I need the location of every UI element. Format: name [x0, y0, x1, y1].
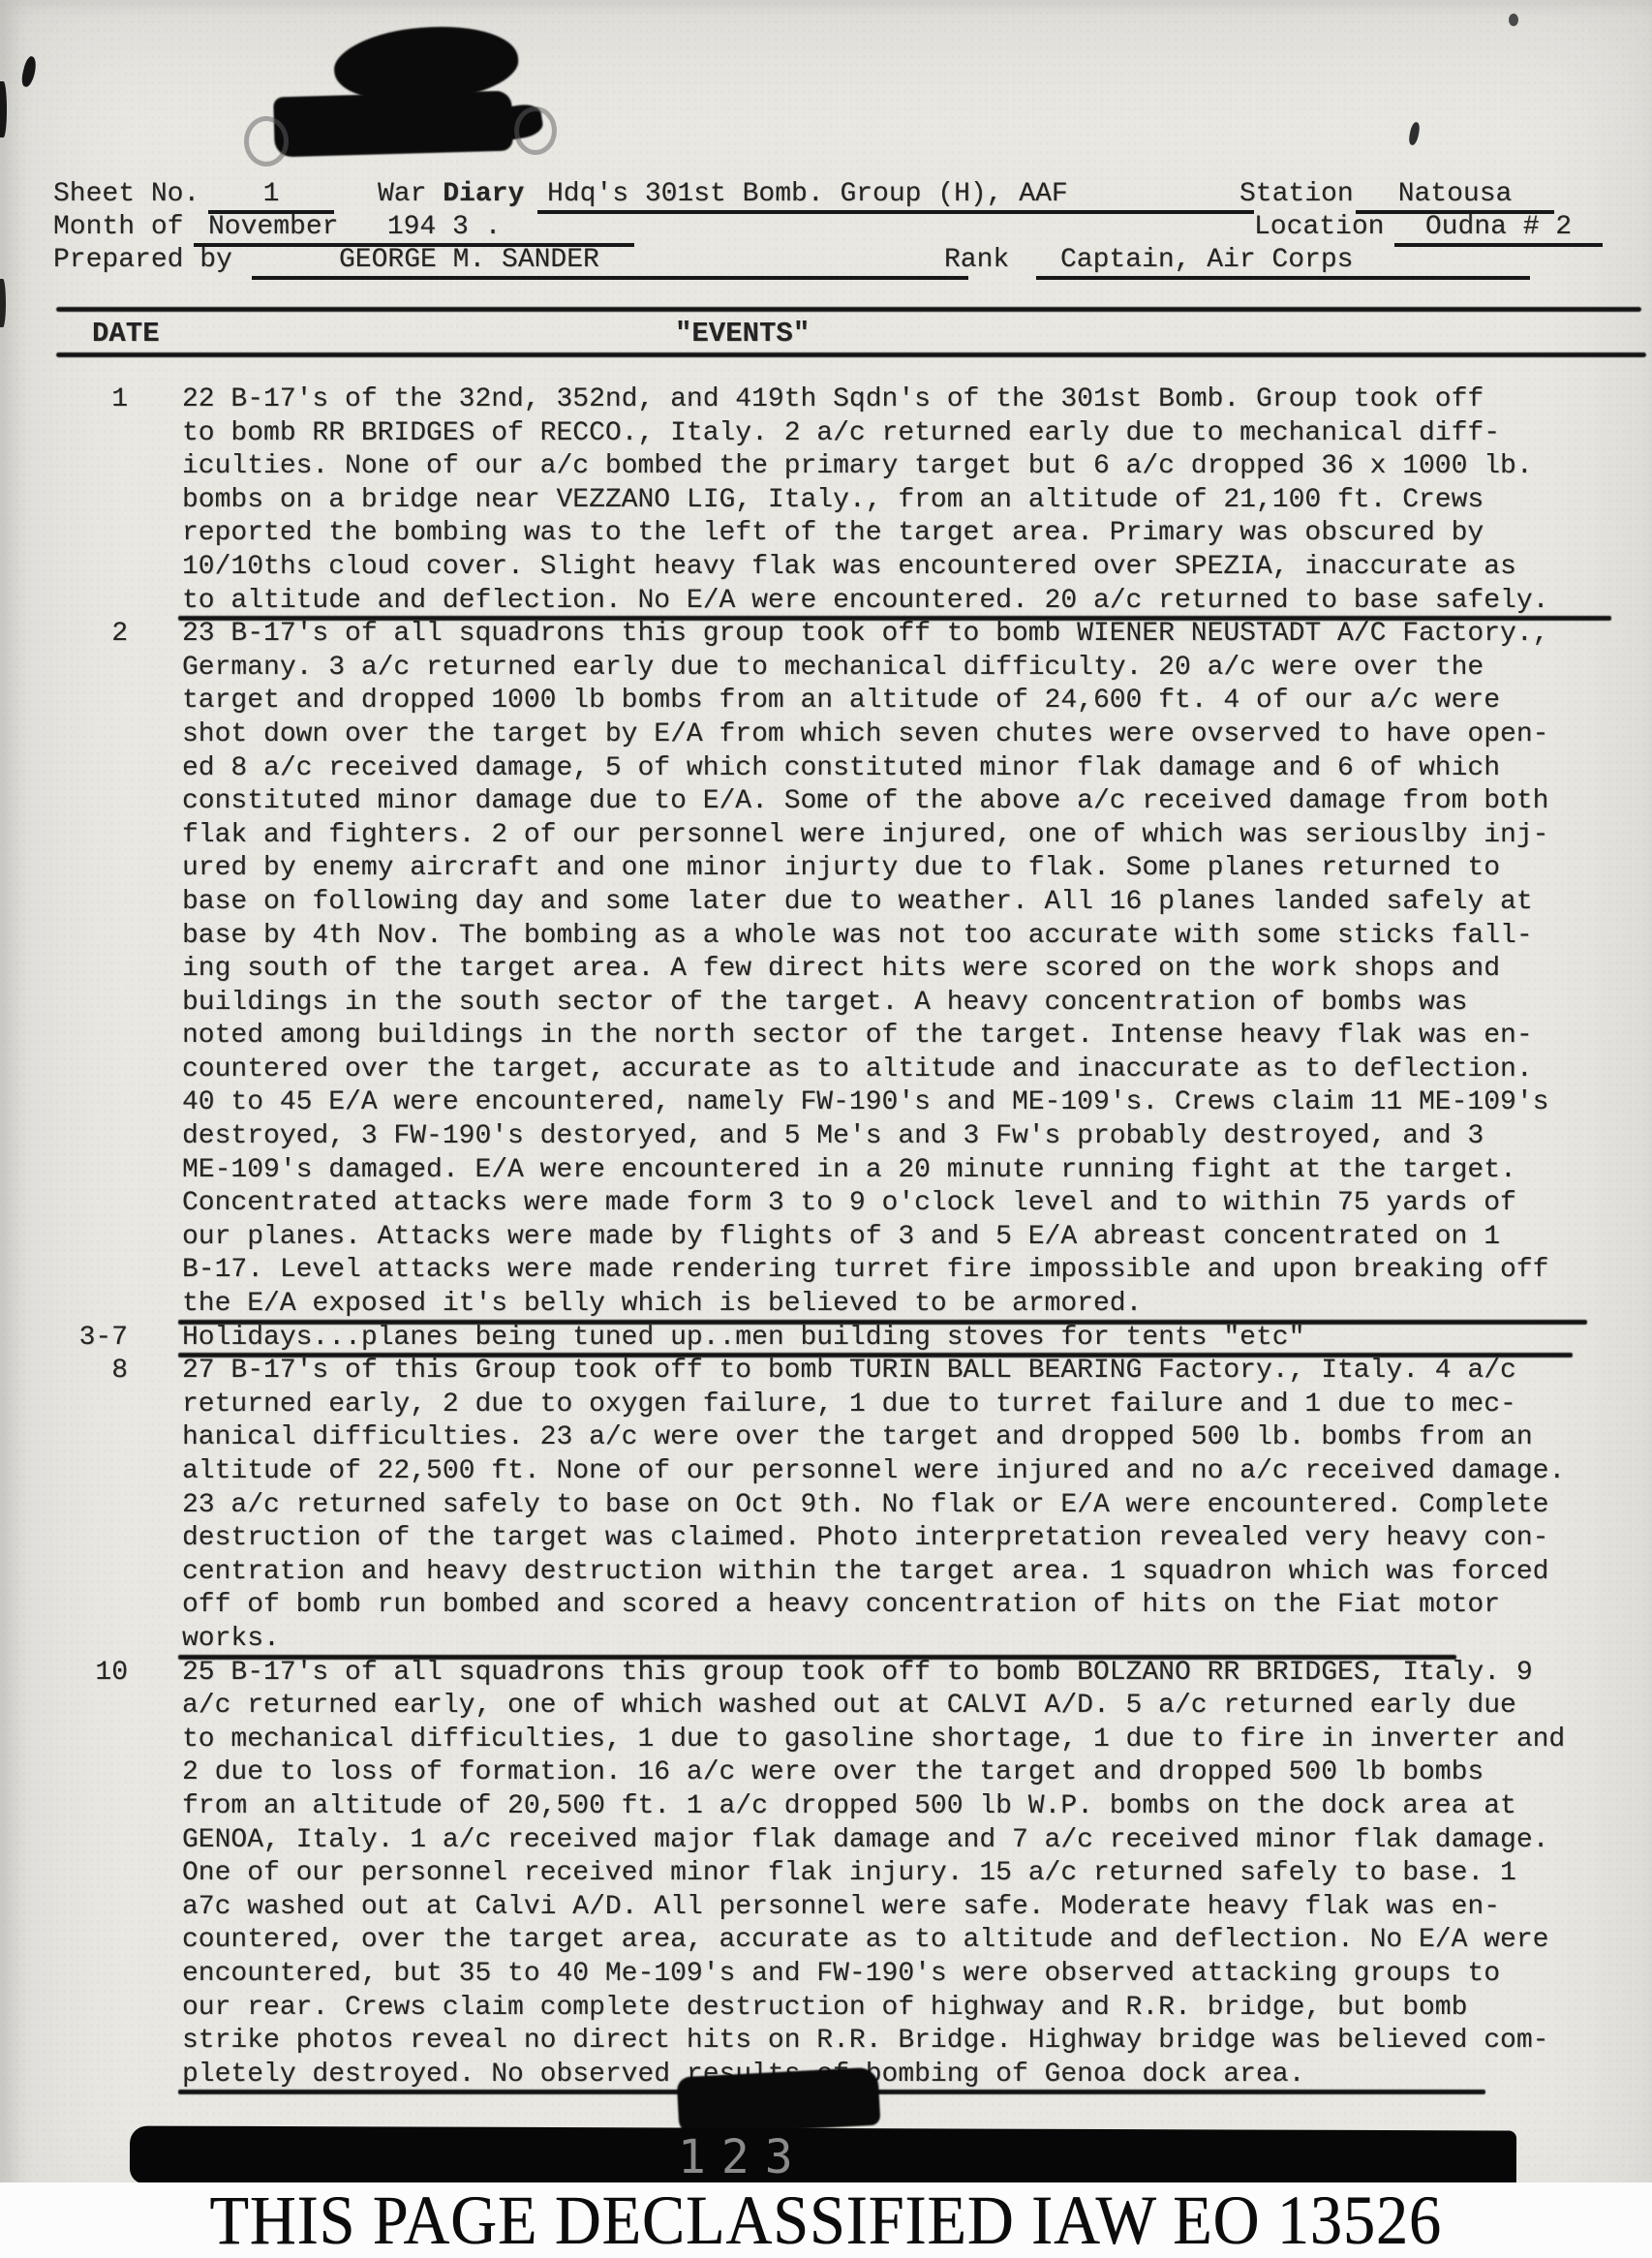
- entry-text: Holidays...planes being tuned up..men bu…: [128, 1322, 1304, 1356]
- entry-line: Germany. 3 a/c returned early due to mec…: [182, 652, 1548, 686]
- header-row-2: Month of November 194 3 . Location Oudna…: [0, 212, 1652, 245]
- entry-line: from an altitude of 20,500 ft. 1 a/c dro…: [182, 1790, 1565, 1824]
- events-column-header: "EVENTS": [675, 318, 810, 350]
- diary-entry: 223 B-17's of all squadrons this group t…: [0, 618, 1652, 1321]
- entry-line: 25 B-17's of all squadrons this group to…: [182, 1657, 1565, 1691]
- diary-entry: 122 B-17's of the 32nd, 352nd, and 419th…: [0, 383, 1652, 618]
- entry-line: One of our personnel received minor flak…: [182, 1857, 1565, 1891]
- diary-entry: 827 B-17's of this Group took off to bom…: [0, 1355, 1652, 1656]
- entry-text: 27 B-17's of this Group took off to bomb…: [128, 1355, 1565, 1656]
- diary-entry: 3-7Holidays...planes being tuned up..men…: [0, 1322, 1652, 1356]
- entry-line: ured by enemy aircraft and one minor inj…: [182, 852, 1548, 886]
- entry-line: constituted minor damage due to E/A. Som…: [182, 785, 1548, 819]
- divider-rule: [56, 307, 1641, 312]
- entry-date: 3-7: [0, 1322, 128, 1356]
- entry-line: hanical difficulties. 23 a/c were over t…: [182, 1421, 1565, 1455]
- entry-line: 23 a/c returned safely to base on Oct 9t…: [182, 1489, 1565, 1523]
- entry-line: works.: [182, 1623, 1565, 1657]
- entry-line: countered over the target, accurate as t…: [182, 1053, 1548, 1087]
- entry-line: 40 to 45 E/A were encountered, namely FW…: [182, 1086, 1548, 1120]
- entry-line: ME-109's damaged. E/A were encountered i…: [182, 1154, 1548, 1188]
- scan-artifact: [0, 81, 7, 137]
- entry-line: 2 due to loss of formation. 16 a/c were …: [182, 1756, 1565, 1790]
- entry-line: the E/A exposed it's belly which is beli…: [182, 1288, 1548, 1322]
- prepared-by-label: Prepared by: [53, 245, 232, 275]
- entry-line: 27 B-17's of this Group took off to bomb…: [182, 1355, 1565, 1388]
- header-row-1: Sheet No. 1 War Diary Hdq's 301st Bomb. …: [0, 179, 1652, 212]
- entry-line: to altitude and deflection. No E/A were …: [182, 585, 1548, 619]
- entry-text: 25 B-17's of all squadrons this group to…: [128, 1657, 1565, 2092]
- entry-line: GENOA, Italy. 1 a/c received major flak …: [182, 1824, 1565, 1858]
- rank-label: Rank: [944, 245, 1009, 275]
- entry-line: our rear. Crews claim complete destructi…: [182, 1992, 1565, 2026]
- entry-line: bombs on a bridge near VEZZANO LIG, Ital…: [182, 484, 1548, 518]
- prepared-by-value: GEORGE M. SANDER: [252, 245, 968, 280]
- entry-line: base by 4th Nov. The bombing as a whole …: [182, 920, 1548, 954]
- entry-line: strike photos reveal no direct hits on R…: [182, 2025, 1565, 2059]
- punch-hole-mark: [514, 107, 557, 155]
- entry-line: base on following day and some later due…: [182, 886, 1548, 920]
- scan-artifact: [1408, 121, 1422, 145]
- entry-line: target and dropped 1000 lb bombs from an…: [182, 685, 1548, 718]
- scan-artifact: [1509, 14, 1518, 26]
- entry-line: destroyed, 3 FW-190's destoryed, and 5 M…: [182, 1120, 1548, 1154]
- entry-line: returned early, 2 due to oxygen failure,…: [182, 1388, 1565, 1422]
- entry-line: countered, over the target area, accurat…: [182, 1924, 1565, 1958]
- entry-line: a7c washed out at Calvi A/D. All personn…: [182, 1891, 1565, 1925]
- entry-line: ed 8 a/c received damage, 5 of which con…: [182, 752, 1548, 786]
- page-number-stamp: 123: [678, 2130, 809, 2184]
- entry-line: 23 B-17's of all squadrons this group to…: [182, 618, 1548, 652]
- diary-entry: 1025 B-17's of all squadrons this group …: [0, 1657, 1652, 2092]
- divider-rule: [56, 352, 1646, 357]
- entry-date: 1: [0, 383, 128, 417]
- entry-line: our planes. Attacks were made by flights…: [182, 1221, 1548, 1255]
- entry-line: reported the bombing was to the left of …: [182, 517, 1548, 551]
- entry-line: 22 B-17's of the 32nd, 352nd, and 419th …: [182, 383, 1548, 417]
- entry-line: B-17. Level attacks were made rendering …: [182, 1254, 1548, 1288]
- location-label: Location: [1254, 212, 1384, 242]
- entry-date: 2: [0, 618, 128, 652]
- rank-value: Captain, Air Corps: [1036, 245, 1530, 280]
- header-row-3: Prepared by GEORGE M. SANDER Rank Captai…: [0, 245, 1652, 278]
- entry-line: altitude of 22,500 ft. None of our perso…: [182, 1455, 1565, 1489]
- events-list: 122 B-17's of the 32nd, 352nd, and 419th…: [0, 383, 1652, 2091]
- month-label: Month of: [53, 212, 183, 242]
- entry-line: shot down over the target by E/A from wh…: [182, 718, 1548, 752]
- entry-text: 23 B-17's of all squadrons this group to…: [128, 618, 1548, 1321]
- punch-hole-mark: [244, 116, 289, 167]
- redaction-mark: [273, 91, 513, 158]
- declassification-text: THIS PAGE DECLASSIFIED IAW EO 13526: [210, 2181, 1443, 2258]
- entry-line: off of bomb run bombed and scored a heav…: [182, 1589, 1565, 1623]
- entry-line: buildings in the south sector of the tar…: [182, 987, 1548, 1021]
- sheet-no-label: Sheet No.: [53, 179, 199, 209]
- entry-line: to bomb RR BRIDGES of RECCO., Italy. 2 a…: [182, 417, 1548, 451]
- war-diary-label: War Diary: [378, 179, 524, 209]
- entry-line: destruction of the target was claimed. P…: [182, 1522, 1565, 1556]
- entry-line: Concentrated attacks were made form 3 to…: [182, 1187, 1548, 1221]
- stamp-smudge: [677, 2067, 881, 2136]
- date-column-header: DATE: [92, 318, 160, 350]
- entry-line: noted among buildings in the north secto…: [182, 1020, 1548, 1053]
- unit-value: Hdq's 301st Bomb. Group (H), AAF: [537, 179, 1254, 214]
- entry-line: Holidays...planes being tuned up..men bu…: [182, 1322, 1304, 1356]
- entry-text: 22 B-17's of the 32nd, 352nd, and 419th …: [128, 383, 1548, 618]
- entry-line: 10/10ths cloud cover. Slight heavy flak …: [182, 551, 1548, 585]
- entry-date: 8: [0, 1355, 128, 1388]
- declassification-banner: THIS PAGE DECLASSIFIED IAW EO 13526: [0, 2182, 1652, 2258]
- entry-line: ing south of the target area. A few dire…: [182, 953, 1548, 987]
- location-value: Oudna # 2: [1394, 212, 1603, 247]
- entry-line: encountered, but 35 to 40 Me-109's and F…: [182, 1958, 1565, 1992]
- station-label: Station: [1239, 179, 1354, 209]
- entry-line: flak and fighters. 2 of our personnel we…: [182, 819, 1548, 853]
- entry-line: iculties. None of our a/c bombed the pri…: [182, 450, 1548, 484]
- sheet-no-value: 1: [208, 179, 334, 214]
- month-value: November 194 3 .: [194, 212, 634, 247]
- entry-line: centration and heavy destruction within …: [182, 1556, 1565, 1590]
- scan-artifact: [19, 55, 38, 88]
- entry-line: a/c returned early, one of which washed …: [182, 1690, 1565, 1724]
- entry-line: to mechanical difficulties, 1 due to gas…: [182, 1724, 1565, 1757]
- station-value: Natousa: [1356, 179, 1554, 214]
- entry-date: 10: [0, 1657, 128, 1691]
- document-page: Sheet No. 1 War Diary Hdq's 301st Bomb. …: [0, 0, 1652, 2258]
